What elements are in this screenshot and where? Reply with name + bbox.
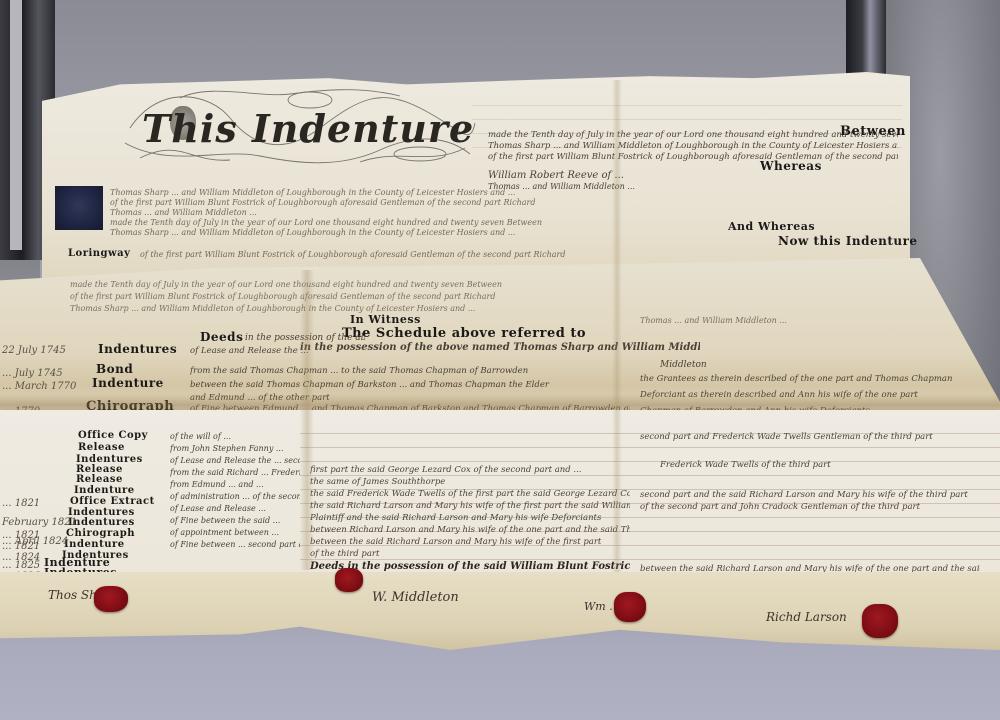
frame-highlight — [10, 0, 22, 250]
right-line: second part and Frederick Wade Twells Ge… — [640, 432, 980, 442]
schedule-text: of the will of ... — [170, 432, 300, 441]
body-line: first part the said George Lezard Cox of… — [310, 465, 630, 475]
right-line: of the second part and John Cradock Gent… — [640, 502, 990, 512]
body-line: of the first part William Blunt Fostrick… — [110, 198, 870, 207]
schedule-type: Release — [78, 442, 125, 453]
wax-seal-icon — [94, 586, 128, 612]
body-line: Plaintiff and the said Richard Larson an… — [310, 513, 630, 523]
schedule-date: ... 1825 — [2, 560, 40, 571]
header-line: made the Tenth day of July in the year o… — [488, 130, 898, 140]
right-line: second part and the said Richard Larson … — [640, 490, 990, 500]
body-line: Thomas ... and William Middleton ... — [640, 316, 940, 325]
signature: Richd Larson — [766, 610, 847, 624]
schedule-text: of Fine between the said ... — [170, 516, 300, 525]
schedule-type: Indenture — [74, 485, 135, 496]
body-line: the said Richard Larson and Mary his wif… — [310, 501, 630, 511]
schedule-text: of Lease and Release ... — [170, 504, 300, 513]
heading-and-whereas: And Whereas — [728, 220, 815, 233]
schedule-text: from the said Thomas Chapman ... to the … — [190, 366, 630, 376]
margin-label: Loringway — [68, 248, 130, 259]
schedule-type: Bond — [96, 362, 133, 376]
body-line: the said Frederick Wade Twells of the fi… — [310, 489, 630, 499]
schedule-date: February 1821 — [2, 517, 77, 528]
wax-seal-icon — [335, 568, 363, 592]
schedule-text: of administration ... of the second part… — [170, 492, 300, 501]
body-line: of the first part William Blunt Fostrick… — [70, 292, 950, 301]
document-title: This Indenture — [142, 106, 474, 151]
right-line: Middleton — [660, 360, 720, 370]
body-line: Thomas ... and William Middleton ... — [110, 208, 870, 217]
body-line: Thomas Sharp ... and William Middleton o… — [70, 304, 950, 313]
vertical-fold — [300, 270, 314, 570]
signature: Wm ... — [584, 600, 620, 613]
schedule-text: of Lease and Release the ... second part… — [170, 456, 300, 465]
right-line: Frederick Wade Twells of the third part — [660, 460, 980, 470]
body-line: of the third part — [310, 549, 630, 559]
schedule-type: Indentures — [68, 517, 135, 528]
heading-in-witness: In Witness — [350, 313, 421, 326]
revenue-stamp — [55, 186, 103, 230]
heading-whereas: Whereas — [760, 159, 822, 173]
vertical-fold — [612, 80, 622, 580]
indenture-title-block: This Indenture — [120, 88, 480, 166]
schedule-text: of Fine between ... second part and ... — [170, 540, 300, 549]
right-line: the Grantees as therein described of the… — [640, 374, 980, 384]
schedule-type: Office Extract — [70, 496, 155, 507]
schedule-text: from Edmund ... and ... — [170, 480, 300, 489]
body-line: between the said Richard Larson and Mary… — [310, 537, 630, 547]
heading-between: Between — [840, 124, 906, 139]
schedule-type: Indenture — [64, 539, 125, 550]
schedule-type: Indentures — [98, 342, 177, 356]
schedule-type: Release — [76, 474, 123, 485]
heading-now-this-indenture: Now this Indenture — [778, 234, 918, 248]
schedule-date: ... April 1824 — [2, 536, 68, 547]
schedule-date: ... March 1770 — [2, 381, 76, 392]
body-line: made the Tenth day of July in the year o… — [70, 280, 950, 289]
schedule-type: Indenture — [92, 376, 164, 390]
schedule-text: of Lease and Release the ... of Barrowde… — [190, 346, 310, 356]
schedule-text: from John Stephen Fanny ... — [170, 444, 300, 453]
schedule-text: of appointment between ... — [170, 528, 300, 537]
schedule-intro-continued: in the possession of the above named Tho… — [300, 342, 700, 353]
heading-schedule: The Schedule above referred to — [342, 326, 586, 341]
schedule-text: from the said Richard ... Frederick Wade… — [170, 468, 300, 477]
body-line: the same of James Souththorpe — [310, 477, 630, 487]
wax-seal-icon — [862, 604, 898, 638]
schedule-type: Chirograph — [66, 528, 135, 539]
schedule-type: Office Copy — [78, 430, 148, 441]
heading-deeds: Deeds — [200, 330, 243, 344]
header-line: of the first part William Blunt Fostrick… — [488, 152, 898, 162]
body-line: between Richard Larson and Mary his wife… — [310, 525, 630, 535]
schedule-date: ... July 1745 — [2, 368, 63, 379]
body-line: Thomas Sharp ... and William Middleton o… — [110, 188, 870, 197]
body-line: of the first part William Blunt Fostrick… — [140, 250, 860, 259]
signature: W. Middleton — [372, 590, 459, 605]
schedule-date: 22 July 1745 — [2, 345, 66, 356]
header-line: Thomas Sharp ... and William Middleton o… — [488, 141, 898, 151]
schedule-text: between the said Thomas Chapman of Barks… — [190, 380, 630, 390]
schedule-date: ... 1821 — [2, 498, 40, 509]
